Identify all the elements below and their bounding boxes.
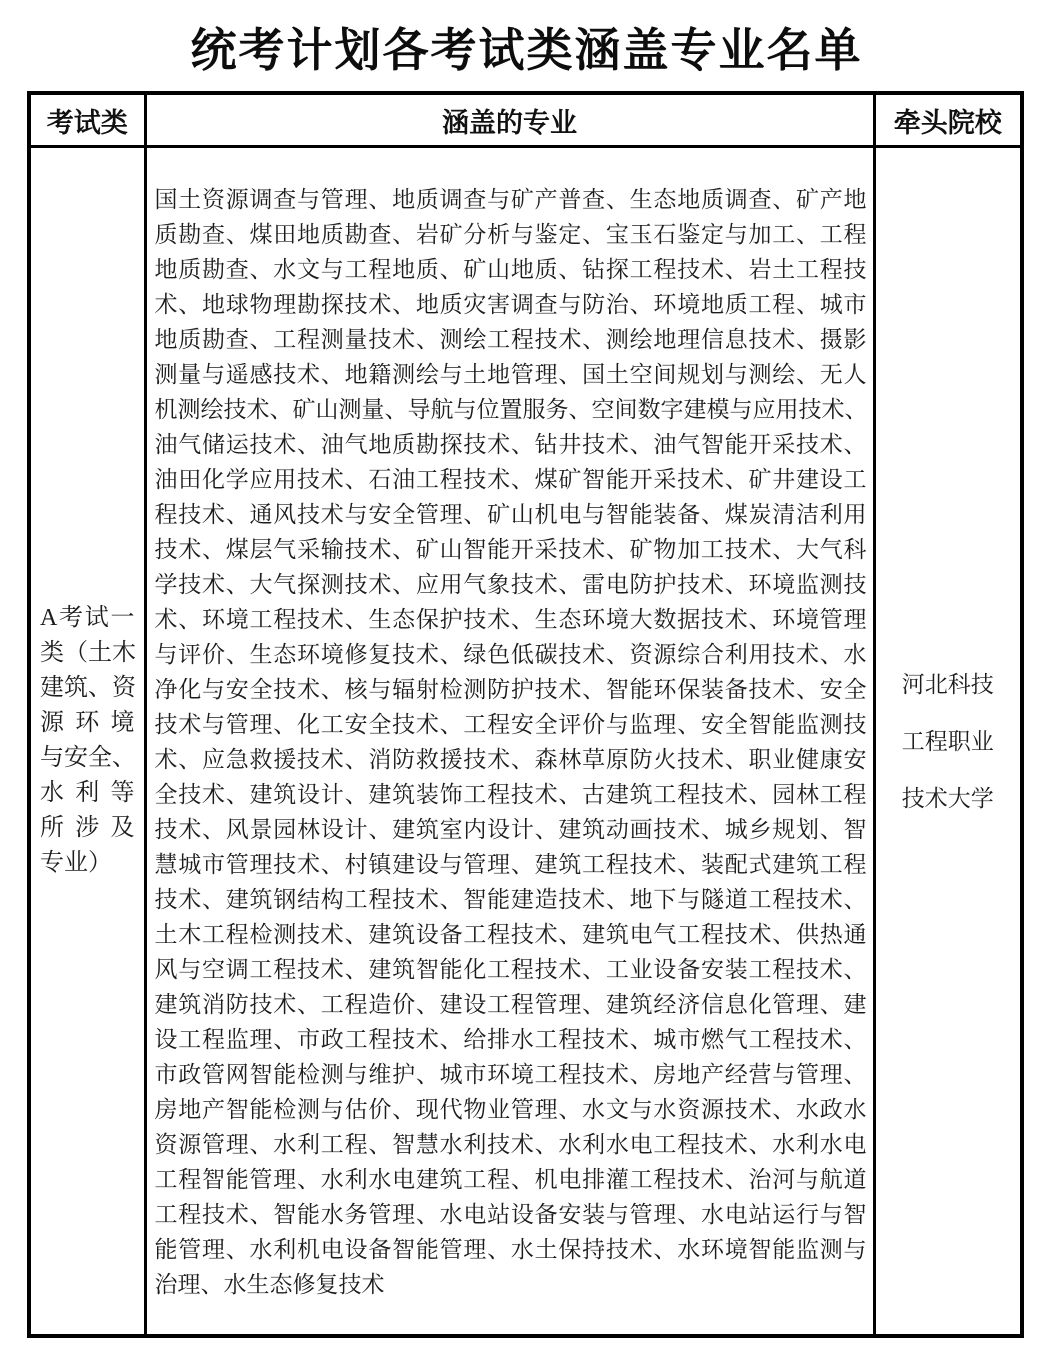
text-line: 技术、建筑钢结构工程技术、智能建造技术、地下与隧道工程技术、 — [155, 882, 867, 917]
table-header-row: 考试类 涵盖的专业 牵头院校 — [29, 93, 1022, 147]
text-line: 河北科技 — [886, 656, 1011, 713]
text-line: 房地产智能检测与估价、现代物业管理、水文与水资源技术、水政水 — [155, 1092, 867, 1127]
text-line: 技术、风景园林设计、建筑室内设计、建筑动画技术、城乡规划、智 — [155, 812, 867, 847]
text-line: 建筑、资 — [40, 671, 135, 706]
text-line: 全技术、建筑设计、建筑装饰工程技术、古建筑工程技术、园林工程 — [155, 777, 867, 812]
text-line: 治理、水生态修复技术 — [155, 1267, 867, 1302]
majors-text: 国土资源调查与管理、地质调查与矿产普查、生态地质调查、矿产地质勘查、煤田地质勘查… — [155, 182, 867, 1302]
text-line: 地质勘查、水文与工程地质、矿山地质、钻探工程技术、岩土工程技 — [155, 252, 867, 287]
majors-cell: 国土资源调查与管理、地质调查与矿产普查、生态地质调查、矿产地质勘查、煤田地质勘查… — [145, 147, 874, 1337]
text-line: 术、环境工程技术、生态保护技术、生态环境大数据技术、环境管理 — [155, 602, 867, 637]
text-line: 所涉及 — [40, 811, 135, 846]
text-line: 术、地球物理勘探技术、地质灾害调查与防治、环境地质工程、城市 — [155, 287, 867, 322]
text-line: 工程智能管理、水利水电建筑工程、机电排灌工程技术、治河与航道 — [155, 1162, 867, 1197]
page-title: 统考计划各考试类涵盖专业名单 — [0, 14, 1053, 80]
text-line: 质勘查、煤田地质勘查、岩矿分析与鉴定、宝玉石鉴定与加工、工程 — [155, 217, 867, 252]
col-header-majors: 涵盖的专业 — [145, 93, 874, 147]
text-line: 程技术、通风技术与安全管理、矿山机电与智能装备、煤炭清洁利用 — [155, 497, 867, 532]
text-line: 设工程监理、市政工程技术、给排水工程技术、城市燃气工程技术、 — [155, 1022, 867, 1057]
text-line: 测量与遥感技术、地籍测绘与土地管理、国土空间规划与测绘、无人 — [155, 357, 867, 392]
text-line: 土木工程检测技术、建筑设备工程技术、建筑电气工程技术、供热通 — [155, 917, 867, 952]
text-line: 资源管理、水利工程、智慧水利技术、水利水电工程技术、水利水电 — [155, 1127, 867, 1162]
text-line: 与安全、 — [40, 741, 135, 776]
text-line: A考试一 — [40, 601, 135, 636]
text-line: 慧城市管理技术、村镇建设与管理、建筑工程技术、装配式建筑工程 — [155, 847, 867, 882]
exam-class-text: A考试一类（土木建筑、资源环境与安全、水利等所涉及专业） — [40, 601, 135, 881]
text-line: 与评价、生态环境修复技术、绿色低碳技术、资源综合利用技术、水 — [155, 637, 867, 672]
text-line: 工程职业 — [886, 713, 1011, 770]
text-line: 专业） — [40, 846, 135, 881]
text-line: 类（土木 — [40, 636, 135, 671]
majors-table: 考试类 涵盖的专业 牵头院校 A考试一类（土木建筑、资源环境与安全、水利等所涉及… — [27, 91, 1024, 1338]
text-line: 技术大学 — [886, 770, 1011, 827]
text-line: 工程技术、智能水务管理、水电站设备安装与管理、水电站运行与智 — [155, 1197, 867, 1232]
text-line: 水利等 — [40, 776, 135, 811]
table-row: A考试一类（土木建筑、资源环境与安全、水利等所涉及专业） 国土资源调查与管理、地… — [29, 147, 1022, 1337]
text-line: 国土资源调查与管理、地质调查与矿产普查、生态地质调查、矿产地 — [155, 182, 867, 217]
lead-school-cell: 河北科技工程职业技术大学 — [874, 147, 1022, 1337]
document-page: 统考计划各考试类涵盖专业名单 考试类 涵盖的专业 牵头院校 A考试一类（土木建筑… — [0, 0, 1053, 1355]
text-line: 技术与管理、化工安全技术、工程安全评价与监理、安全智能监测技 — [155, 707, 867, 742]
text-line: 源环境 — [40, 706, 135, 741]
text-line: 技术、煤层气采输技术、矿山智能开采技术、矿物加工技术、大气科 — [155, 532, 867, 567]
exam-class-cell: A考试一类（土木建筑、资源环境与安全、水利等所涉及专业） — [29, 147, 145, 1337]
col-header-lead-school: 牵头院校 — [874, 93, 1022, 147]
text-line: 净化与安全技术、核与辐射检测防护技术、智能环保装备技术、安全 — [155, 672, 867, 707]
text-line: 建筑消防技术、工程造价、建设工程管理、建筑经济信息化管理、建 — [155, 987, 867, 1022]
text-line: 地质勘查、工程测量技术、测绘工程技术、测绘地理信息技术、摄影 — [155, 322, 867, 357]
lead-school-text: 河北科技工程职业技术大学 — [886, 656, 1011, 827]
text-line: 机测绘技术、矿山测量、导航与位置服务、空间数字建模与应用技术、 — [155, 392, 867, 427]
col-header-exam-class: 考试类 — [29, 93, 145, 147]
text-line: 油田化学应用技术、石油工程技术、煤矿智能开采技术、矿井建设工 — [155, 462, 867, 497]
text-line: 市政管网智能检测与维护、城市环境工程技术、房地产经营与管理、 — [155, 1057, 867, 1092]
text-line: 术、应急救援技术、消防救援技术、森林草原防火技术、职业健康安 — [155, 742, 867, 777]
text-line: 学技术、大气探测技术、应用气象技术、雷电防护技术、环境监测技 — [155, 567, 867, 602]
text-line: 能管理、水利机电设备智能管理、水土保持技术、水环境智能监测与 — [155, 1232, 867, 1267]
text-line: 风与空调工程技术、建筑智能化工程技术、工业设备安装工程技术、 — [155, 952, 867, 987]
text-line: 油气储运技术、油气地质勘探技术、钻井技术、油气智能开采技术、 — [155, 427, 867, 462]
